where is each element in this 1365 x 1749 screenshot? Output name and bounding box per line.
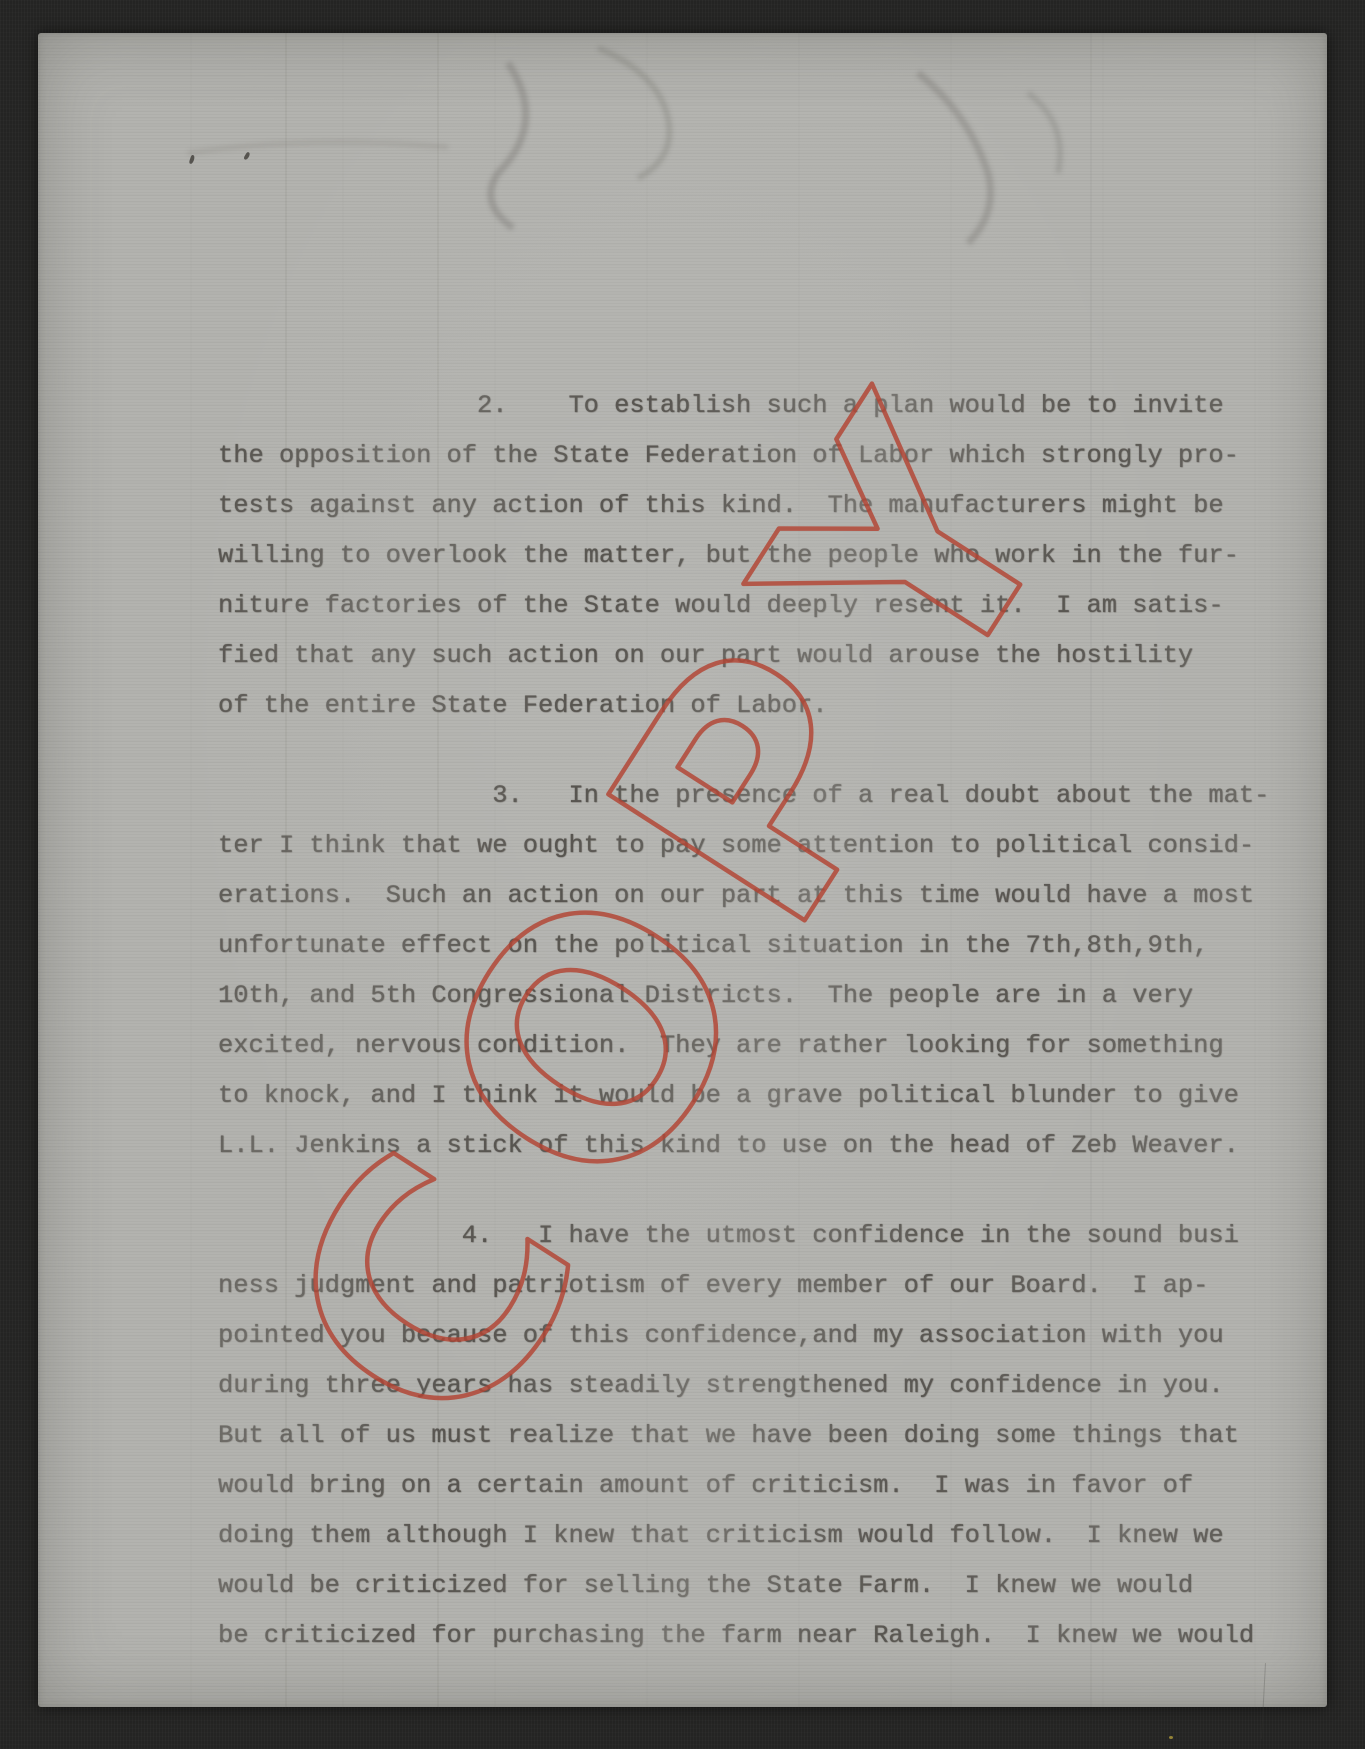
typed-line: niture factories of the State would deep… — [218, 581, 1298, 631]
typed-line: 4. I have the utmost confidence in the s… — [218, 1211, 1298, 1261]
typed-line: ness judgment and patriotism of every me… — [218, 1261, 1298, 1311]
typed-line: would be criticized for selling the Stat… — [218, 1561, 1298, 1611]
typed-line: tests against any action of this kind. T… — [218, 481, 1298, 531]
paper-scratch — [1261, 1663, 1266, 1739]
typed-line: to knock, and I think it would be a grav… — [218, 1071, 1298, 1121]
scan-background: 2. To establish such a plan would be to … — [0, 0, 1365, 1749]
typed-line: unfortunate effect on the political situ… — [218, 921, 1298, 971]
typed-line: pointed you because of this confidence,a… — [218, 1311, 1298, 1361]
typed-line: L.L. Jenkins a stick of this kind to use… — [218, 1121, 1298, 1171]
typed-line: doing them although I knew that criticis… — [218, 1511, 1298, 1561]
bleed-through-marks — [38, 33, 1327, 293]
typed-line: willing to overlook the matter, but the … — [218, 531, 1298, 581]
typed-line: 3. In the presence of a real doubt about… — [218, 771, 1298, 821]
typed-line: ter I think that we ought to pay some at… — [218, 821, 1298, 871]
dust-speck — [1169, 1736, 1173, 1739]
typed-line: But all of us must realize that we have … — [218, 1411, 1298, 1461]
document-page: 2. To establish such a plan would be to … — [38, 33, 1327, 1707]
typed-line: would bring on a certain amount of criti… — [218, 1461, 1298, 1511]
typed-line: 2. To establish such a plan would be to … — [218, 381, 1298, 431]
typed-line: the opposition of the State Federation o… — [218, 431, 1298, 481]
typed-text: 2. To establish such a plan would be to … — [218, 341, 1298, 1661]
typed-line: be criticized for purchasing the farm ne… — [218, 1611, 1298, 1661]
typed-line: excited, nervous condition. They are rat… — [218, 1021, 1298, 1071]
typed-line: fied that any such action on our part wo… — [218, 631, 1298, 681]
typed-line: during three years has steadily strength… — [218, 1361, 1298, 1411]
typed-line: erations. Such an action on our part at … — [218, 871, 1298, 921]
typed-line: 10th, and 5th Congressional Districts. T… — [218, 971, 1298, 1021]
typed-line: of the entire State Federation of Labor. — [218, 681, 1298, 731]
